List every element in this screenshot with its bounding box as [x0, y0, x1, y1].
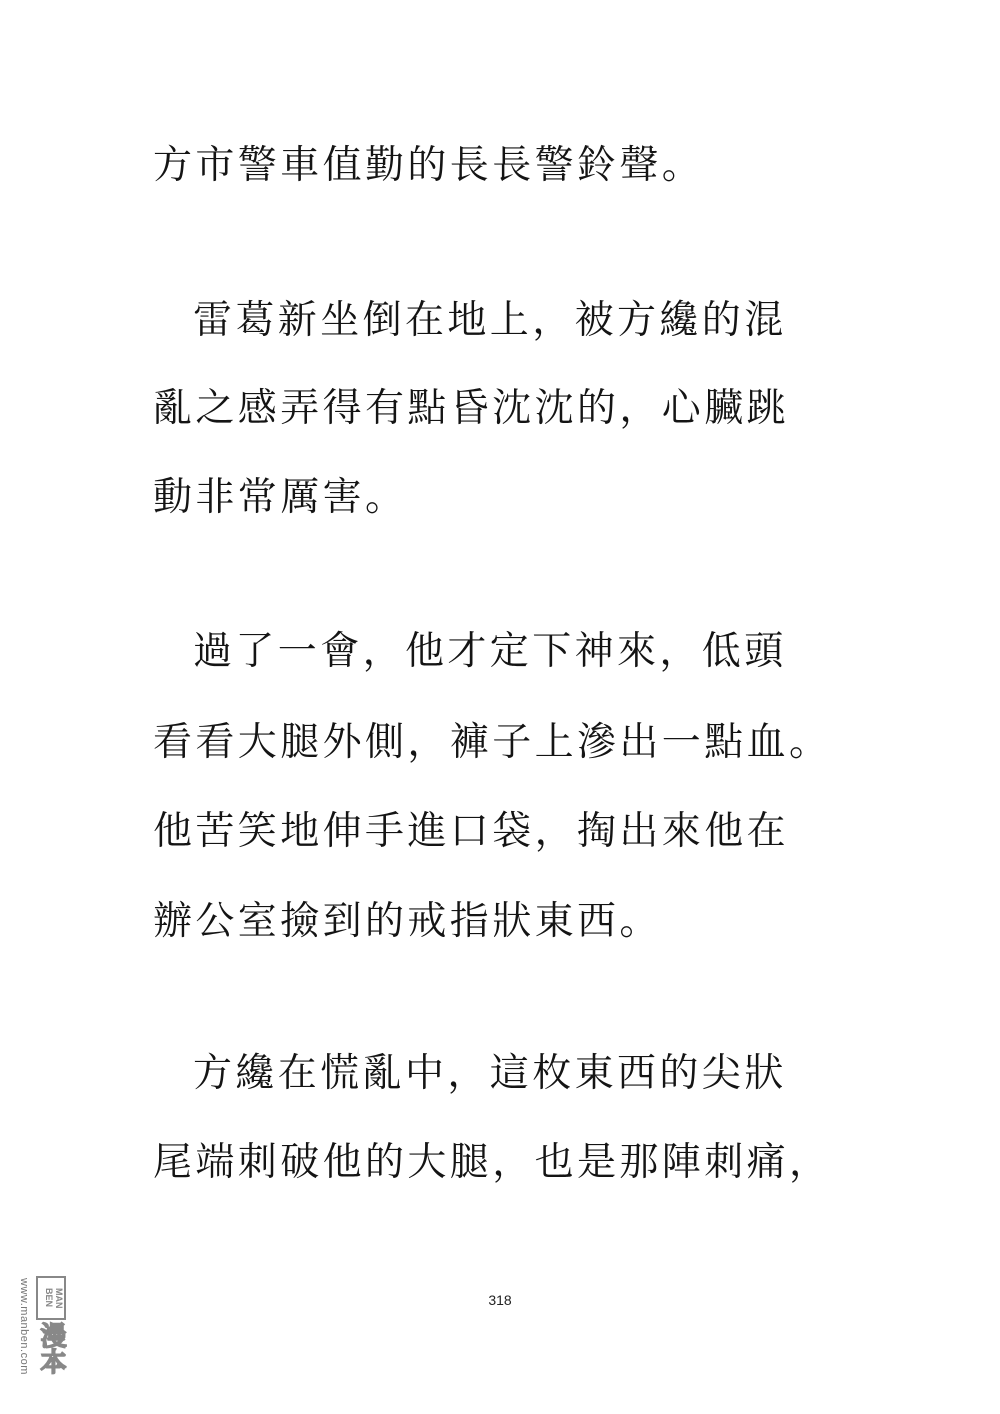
watermark-box-icon: MAN BEN [36, 1276, 66, 1320]
text-line: 辦公室撿到的戒指狀東西。 [153, 898, 662, 946]
text-line: 雷葛新坐倒在地上，被方纔的混 [193, 297, 787, 345]
text-line: 過了一會，他才定下神來，低頭 [193, 628, 787, 676]
page-number: 318 [0, 1292, 1000, 1308]
text-line: 他苦笑地伸手進口袋，掏出來他在 [153, 808, 789, 856]
text-line: 看看大腿外側，褲子上滲出一點血。 [153, 719, 831, 767]
document-page: 方市警車值勤的長長警鈴聲。 雷葛新坐倒在地上，被方纔的混 亂之感弄得有點昏沈沈的… [0, 0, 1000, 1414]
watermark-logo: www.manben.com MAN BEN 漫本 [8, 1268, 68, 1408]
text-line: 方纔在慌亂中，這枚東西的尖狀 [193, 1050, 787, 1098]
watermark-logo-text: 漫本 [36, 1322, 66, 1402]
watermark-url: www.manben.com [18, 1278, 30, 1375]
text-line: 亂之感弄得有點昏沈沈的，心臟跳 [153, 385, 789, 433]
text-line: 尾端刺破他的大腿，也是那陣刺痛， [153, 1139, 831, 1187]
text-line: 動非常厲害。 [153, 474, 407, 522]
text-line: 方市警車值勤的長長警鈴聲。 [153, 142, 704, 190]
